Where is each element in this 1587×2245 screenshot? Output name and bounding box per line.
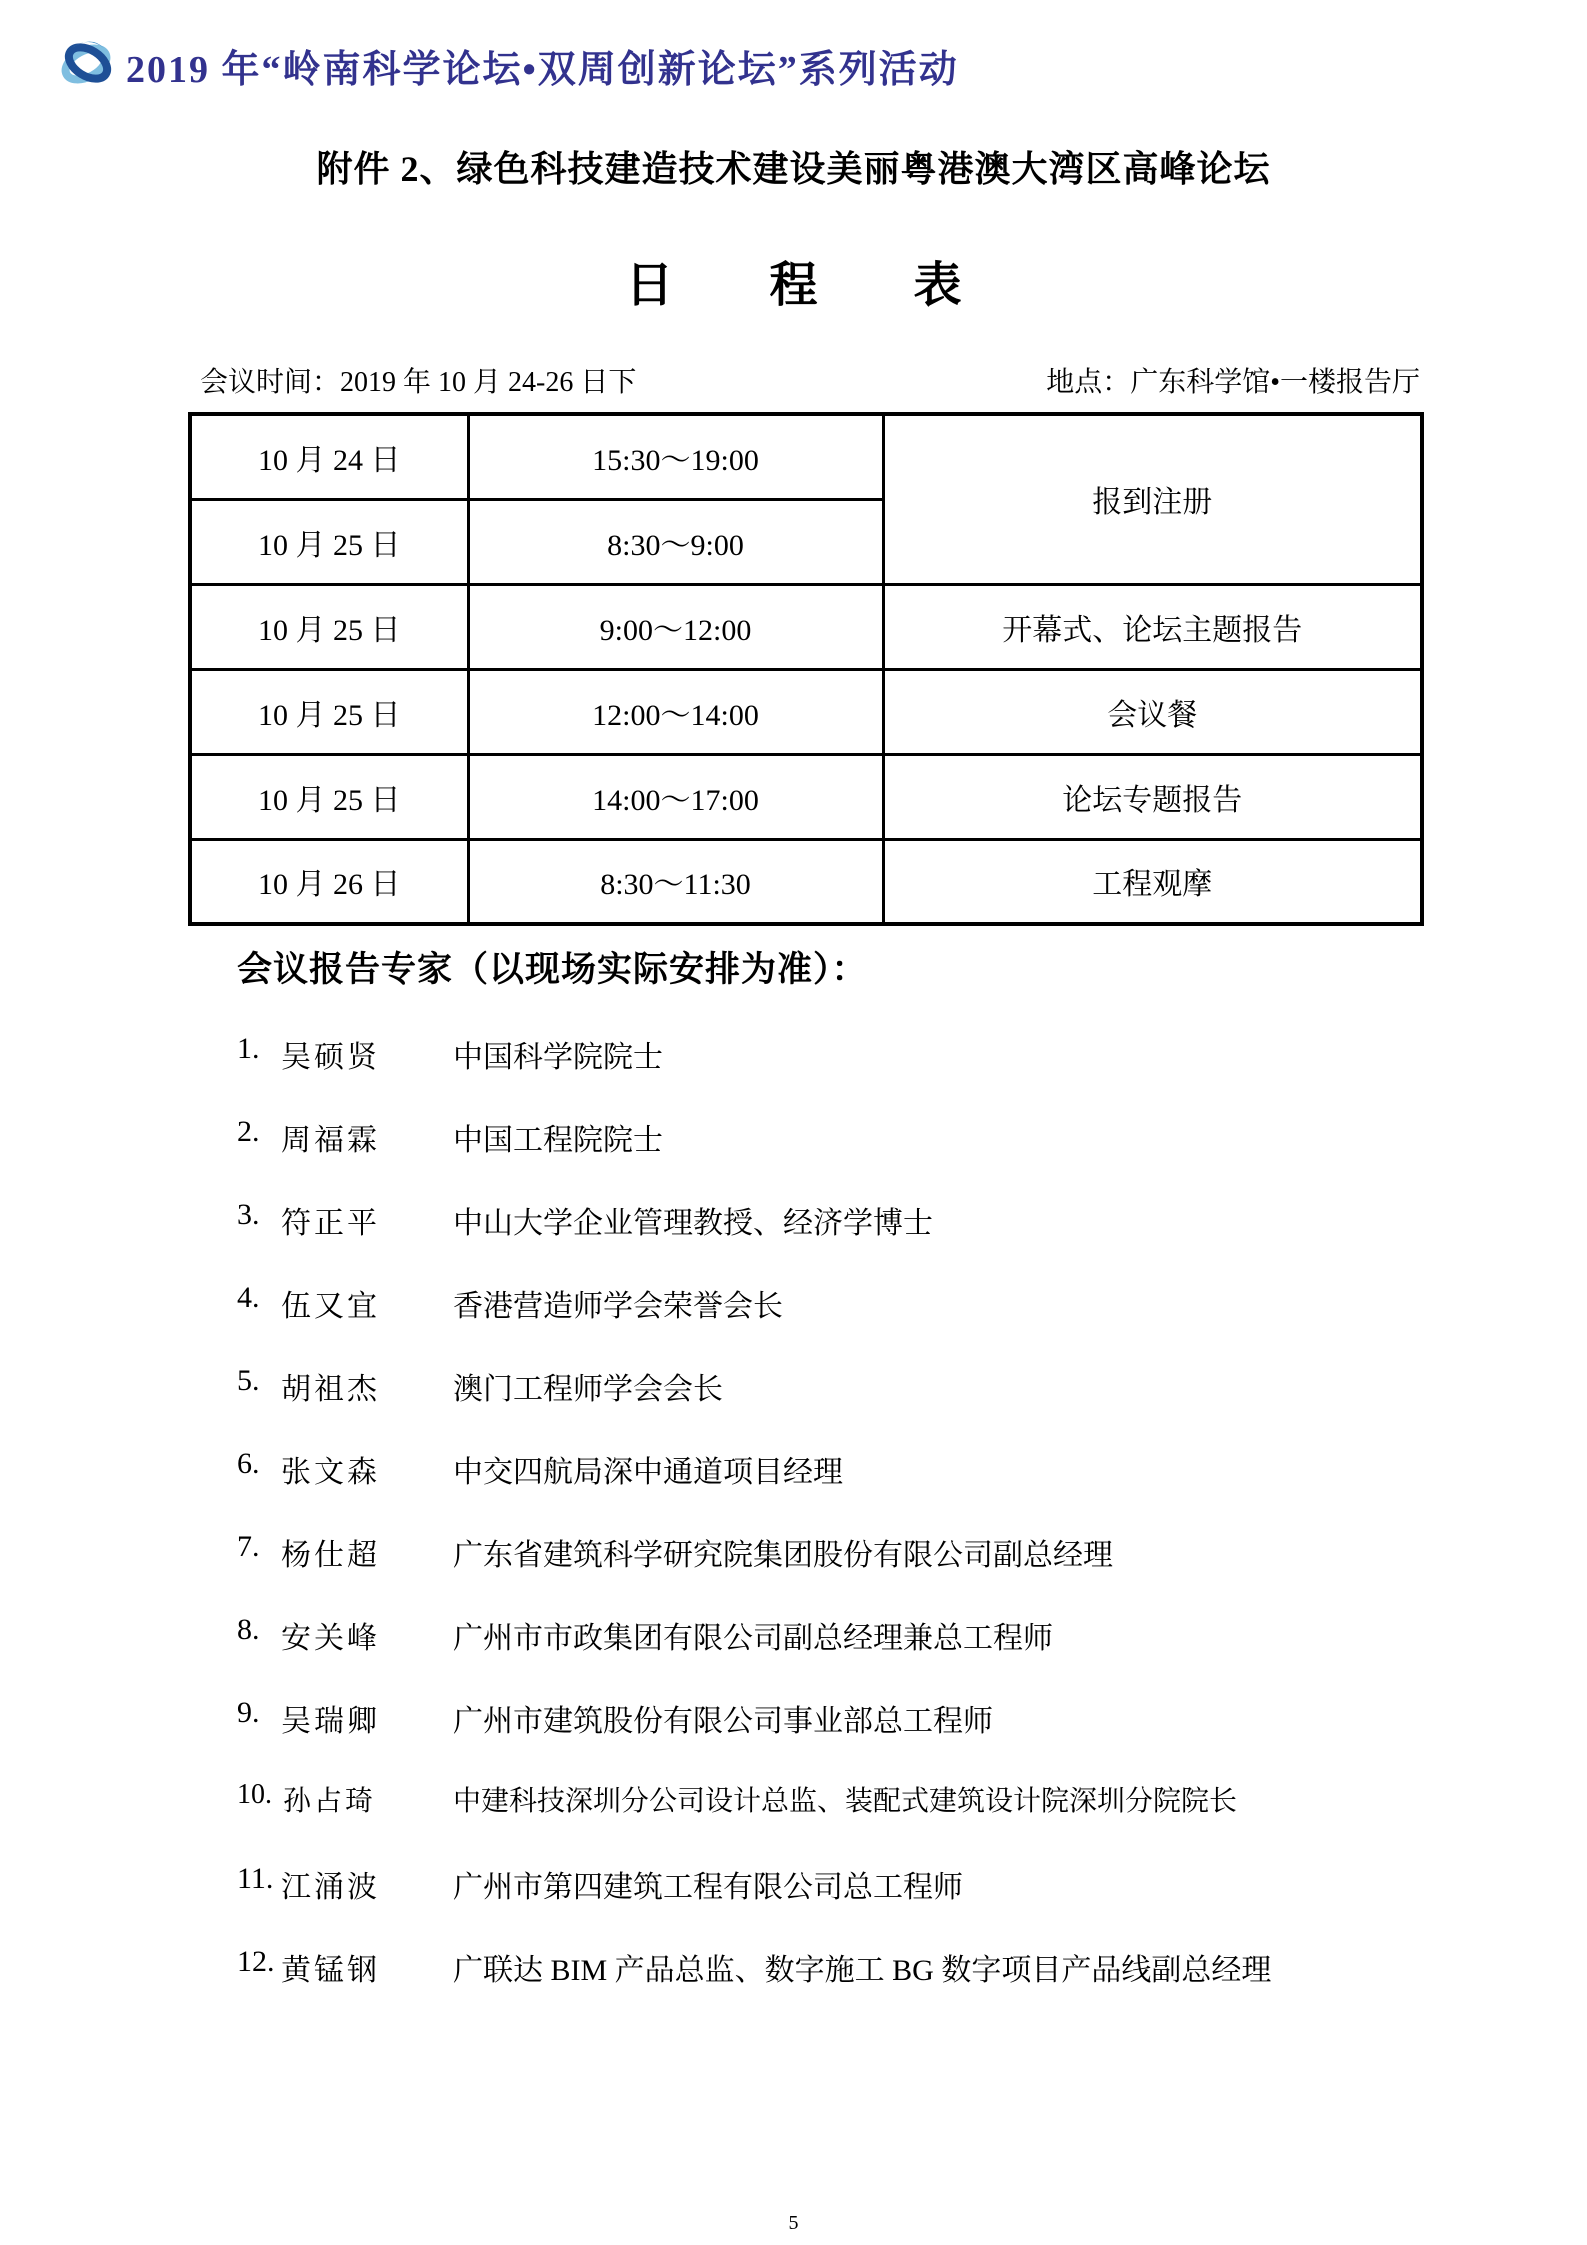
expert-number: 11. [237,1862,281,1896]
expert-name: 伍又宜 [281,1281,453,1325]
table-row: 10 月 25 日 12:00～14:00 会议餐 [190,669,1422,754]
expert-number: 3. [237,1198,281,1232]
list-item: 8. 安关峰 广州市市政集团有限公司副总经理兼总工程师 [237,1613,1427,1696]
expert-number: 7. [237,1530,281,1564]
expert-number: 12. [237,1945,281,1979]
expert-name: 孙占琦 [283,1779,453,1819]
list-item: 7. 杨仕超 广东省建筑科学研究院集团股份有限公司副总经理 [237,1530,1427,1613]
experts-section-heading: 会议报告专家（以现场实际安排为准）： [237,942,868,992]
time-cell: 14:00～17:00 [468,754,883,839]
time-cell: 8:30～11:30 [468,839,883,924]
list-item: 4. 伍又宜 香港营造师学会荣誉会长 [237,1281,1427,1364]
expert-number: 10. [237,1779,283,1811]
expert-number: 4. [237,1281,281,1315]
expert-title: 中国科学院院士 [453,1032,1427,1076]
expert-name: 黄锰钢 [281,1945,453,1989]
meeting-location-label: 地点：广东科学馆•一楼报告厅 [1046,360,1420,400]
experts-list: 1. 吴硕贤 中国科学院院士 2. 周福霖 中国工程院院士 3. 符正平 中山大… [237,1032,1427,2028]
expert-number: 1. [237,1032,281,1066]
time-cell: 15:30～19:00 [468,414,883,499]
activity-cell: 工程观摩 [883,839,1422,924]
expert-title: 中建科技深圳分公司设计总监、装配式建筑设计院深圳分院院长 [453,1779,1427,1819]
list-item: 2. 周福霖 中国工程院院士 [237,1115,1427,1198]
expert-name: 吴硕贤 [281,1032,453,1076]
expert-number: 9. [237,1696,281,1730]
list-item: 11. 江涌波 广州市第四建筑工程有限公司总工程师 [237,1862,1427,1945]
expert-name: 周福霖 [281,1115,453,1159]
activity-cell: 会议餐 [883,669,1422,754]
expert-title: 广州市建筑股份有限公司事业部总工程师 [453,1696,1427,1740]
schedule-title: 日 程 表 [0,246,1587,315]
list-item: 5. 胡祖杰 澳门工程师学会会长 [237,1364,1427,1447]
time-cell: 8:30～9:00 [468,499,883,584]
date-cell: 10 月 24 日 [190,414,468,499]
expert-number: 2. [237,1115,281,1149]
list-item: 12. 黄锰钢 广联达 BIM 产品总监、数字施工 BG 数字项目产品线副总经理 [237,1945,1427,2028]
expert-name: 符正平 [281,1198,453,1242]
activity-cell-merged: 报到注册 [883,414,1422,584]
time-cell: 12:00～14:00 [468,669,883,754]
date-cell: 10 月 25 日 [190,584,468,669]
expert-name: 杨仕超 [281,1530,453,1574]
list-item: 6. 张文森 中交四航局深中通道项目经理 [237,1447,1427,1530]
date-cell: 10 月 25 日 [190,499,468,584]
list-item: 10. 孙占琦 中建科技深圳分公司设计总监、装配式建筑设计院深圳分院院长 [237,1779,1427,1862]
attachment-title: 附件 2、绿色科技建造技术建设美丽粤港澳大湾区高峰论坛 [0,141,1587,192]
list-item: 3. 符正平 中山大学企业管理教授、经济学博士 [237,1198,1427,1281]
page-header: 2019 年“岭南科学论坛•双周创新论坛”系列活动 [52,34,959,96]
expert-number: 8. [237,1613,281,1647]
expert-name: 安关峰 [281,1613,453,1657]
meeting-time-label: 会议时间：2019 年 10 月 24-26 日下 [188,360,636,400]
expert-name: 胡祖杰 [281,1364,453,1408]
time-cell: 9:00～12:00 [468,584,883,669]
list-item: 9. 吴瑞卿 广州市建筑股份有限公司事业部总工程师 [237,1696,1427,1779]
expert-title: 香港营造师学会荣誉会长 [453,1281,1427,1325]
activity-cell: 开幕式、论坛主题报告 [883,584,1422,669]
expert-title: 澳门工程师学会会长 [453,1364,1427,1408]
expert-title: 广州市第四建筑工程有限公司总工程师 [453,1862,1427,1906]
expert-title: 中国工程院院士 [453,1115,1427,1159]
header-series-title: 2019 年“岭南科学论坛•双周创新论坛”系列活动 [126,38,959,93]
expert-title: 中交四航局深中通道项目经理 [453,1447,1427,1491]
table-row: 10 月 24 日 15:30～19:00 报到注册 [190,414,1422,499]
schedule-table: 10 月 24 日 15:30～19:00 报到注册 10 月 25 日 8:3… [188,412,1424,926]
date-cell: 10 月 25 日 [190,754,468,839]
date-cell: 10 月 25 日 [190,669,468,754]
expert-title: 广联达 BIM 产品总监、数字施工 BG 数字项目产品线副总经理 [453,1945,1427,1989]
table-row: 10 月 25 日 14:00～17:00 论坛专题报告 [190,754,1422,839]
expert-title: 中山大学企业管理教授、经济学博士 [453,1198,1427,1242]
expert-number: 5. [237,1364,281,1398]
meeting-info-row: 会议时间：2019 年 10 月 24-26 日下 地点：广东科学馆•一楼报告厅 [188,360,1420,400]
expert-name: 江涌波 [281,1862,453,1906]
date-cell: 10 月 26 日 [190,839,468,924]
activity-cell: 论坛专题报告 [883,754,1422,839]
table-row: 10 月 25 日 9:00～12:00 开幕式、论坛主题报告 [190,584,1422,669]
expert-title: 广东省建筑科学研究院集团股份有限公司副总经理 [453,1530,1427,1574]
expert-name: 张文森 [281,1447,453,1491]
expert-name: 吴瑞卿 [281,1696,453,1740]
table-row: 10 月 26 日 8:30～11:30 工程观摩 [190,839,1422,924]
expert-title: 广州市市政集团有限公司副总经理兼总工程师 [453,1613,1427,1657]
ribbon-rings-logo-icon [52,34,122,96]
document-page: 2019 年“岭南科学论坛•双周创新论坛”系列活动 附件 2、绿色科技建造技术建… [0,0,1587,2245]
list-item: 1. 吴硕贤 中国科学院院士 [237,1032,1427,1115]
expert-number: 6. [237,1447,281,1481]
page-number: 5 [0,2212,1587,2235]
